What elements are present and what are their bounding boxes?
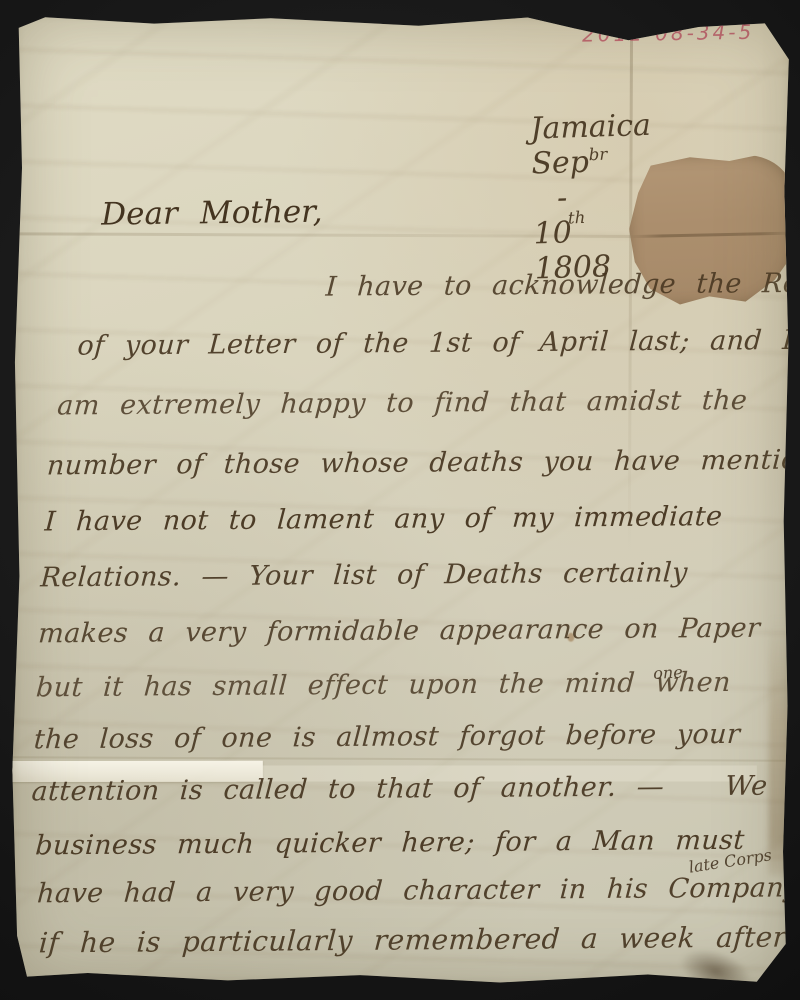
manuscript-line: attention is called to that of another. … (31, 770, 792, 808)
letter-body: I have to acknowledge the Receipt of you… (10, 12, 792, 987)
photo-backdrop: 2011-08-34-5 Jamaica Sepbr - 10th 1808 D… (0, 0, 800, 1000)
manuscript-line: the loss of one is allmost forgot before… (33, 719, 741, 756)
manuscript-line: business much quicker here; for a Man mu… (34, 825, 745, 862)
manuscript-line: have had a very good character in his Co… (36, 872, 792, 909)
interlinear-insertion-one: one (653, 662, 683, 682)
manuscript-line: Relations. — Your list of Deaths certain… (40, 557, 689, 593)
letter-paper: 2011-08-34-5 Jamaica Sepbr - 10th 1808 D… (10, 12, 792, 987)
manuscript-line: makes a very formidable appearance on Pa… (37, 613, 761, 650)
manuscript-line: I have to acknowledge the Receipt (325, 267, 792, 302)
manuscript-line: if he is particularly remembered a week … (38, 920, 792, 959)
manuscript-line: of your Letter of the 1st of April last;… (77, 325, 793, 362)
manuscript-line: am extremely happy to find that amidst t… (56, 385, 748, 421)
manuscript-line: number of those whose deaths you have me… (46, 444, 792, 481)
manuscript-line: but it has small effect upon the mind wh… (35, 667, 732, 703)
manuscript-line: I have not to lament any of my immediate (44, 501, 724, 537)
